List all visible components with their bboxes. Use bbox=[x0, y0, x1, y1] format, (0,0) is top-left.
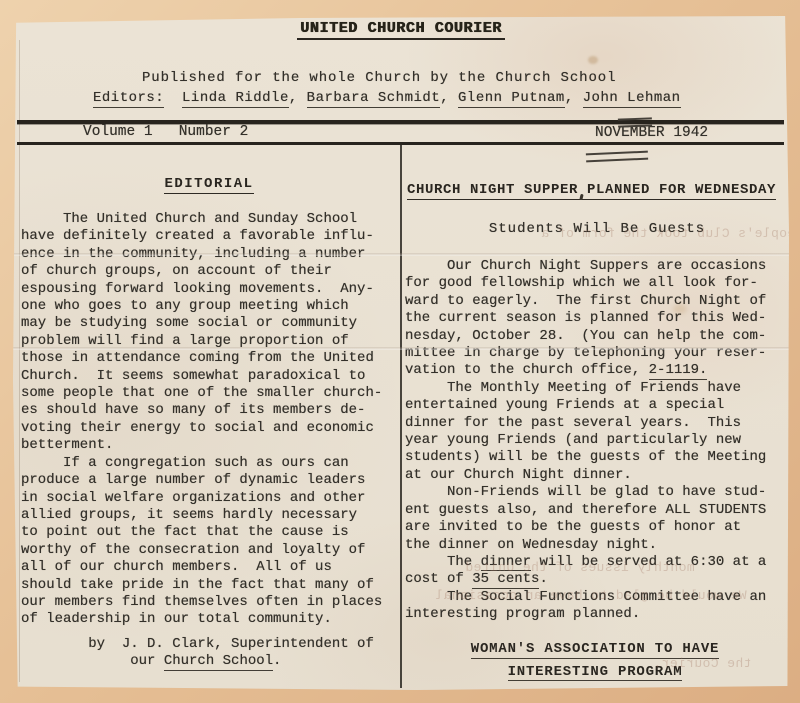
fold-crease bbox=[13, 347, 789, 350]
editors-label: Editors: bbox=[93, 90, 164, 108]
editorial-body: The United Church and Sunday School have… bbox=[21, 211, 382, 629]
editorial-byline: by J. D. Clark, Superintendent of our Ch… bbox=[21, 636, 374, 671]
bleedthrough-text: varied People's Club took the form of a bbox=[541, 226, 800, 241]
editor-name-2: Barbara Schmidt bbox=[307, 90, 441, 108]
typed-correction-mark bbox=[586, 151, 648, 163]
body-text: The Monthly Meeting of Friends have ente… bbox=[405, 380, 766, 570]
paper-stain bbox=[588, 56, 598, 64]
masthead: UNITED CHURCH COURIER bbox=[13, 19, 789, 40]
published-line: Published for the whole Church by the Ch… bbox=[142, 70, 616, 87]
left-column-header: EDITORIAL bbox=[21, 174, 397, 194]
editors-line: Editors: Linda Riddle, Barbara Schmidt, … bbox=[93, 90, 681, 107]
typed-correction-mark bbox=[618, 117, 652, 127]
volume-number: Volume 1 Number 2 bbox=[83, 124, 248, 141]
separator: , bbox=[289, 90, 307, 106]
bleedthrough-text: monthly issues of the United bbox=[465, 560, 695, 575]
right-column-header: CHURCH NIGHT SUPPER PLANNED FOR WEDNESDA… bbox=[407, 180, 776, 200]
body-text: Our Church Night Suppers are occasions f… bbox=[405, 258, 766, 378]
newsletter-title: UNITED CHURCH COURIER bbox=[297, 20, 505, 40]
bleedthrough-text: the Courier. bbox=[653, 656, 751, 671]
newsletter-sheet: UNITED CHURCH COURIER Published for the … bbox=[13, 16, 789, 690]
editorial-heading: EDITORIAL bbox=[164, 176, 253, 194]
editor-name-1: Linda Riddle bbox=[182, 90, 289, 108]
bleedthrough-text: We would be glad to have an occasional bbox=[435, 588, 747, 603]
issue-bar: Volume 1 Number 2 NOVEMBER 1942 bbox=[13, 124, 789, 141]
church-night-heading: CHURCH NIGHT SUPPER PLANNED FOR WEDNESDA… bbox=[407, 182, 776, 200]
editor-name-3: Glenn Putnam bbox=[458, 90, 565, 108]
editor-name-4: John Lehman bbox=[583, 90, 681, 108]
separator: , bbox=[440, 90, 458, 106]
fold-crease bbox=[13, 253, 789, 256]
separator: , bbox=[565, 90, 583, 106]
byline-underlined: Church School bbox=[164, 653, 273, 671]
spacer bbox=[164, 90, 182, 106]
scrapbook-backing: { "masthead": { "title": "UNITED CHURCH … bbox=[0, 0, 800, 703]
phone-number: 2-1119. bbox=[649, 362, 708, 380]
issue-date: NOVEMBER 1942 bbox=[595, 125, 708, 142]
byline-period: . bbox=[273, 653, 281, 669]
column-divider bbox=[400, 145, 402, 688]
